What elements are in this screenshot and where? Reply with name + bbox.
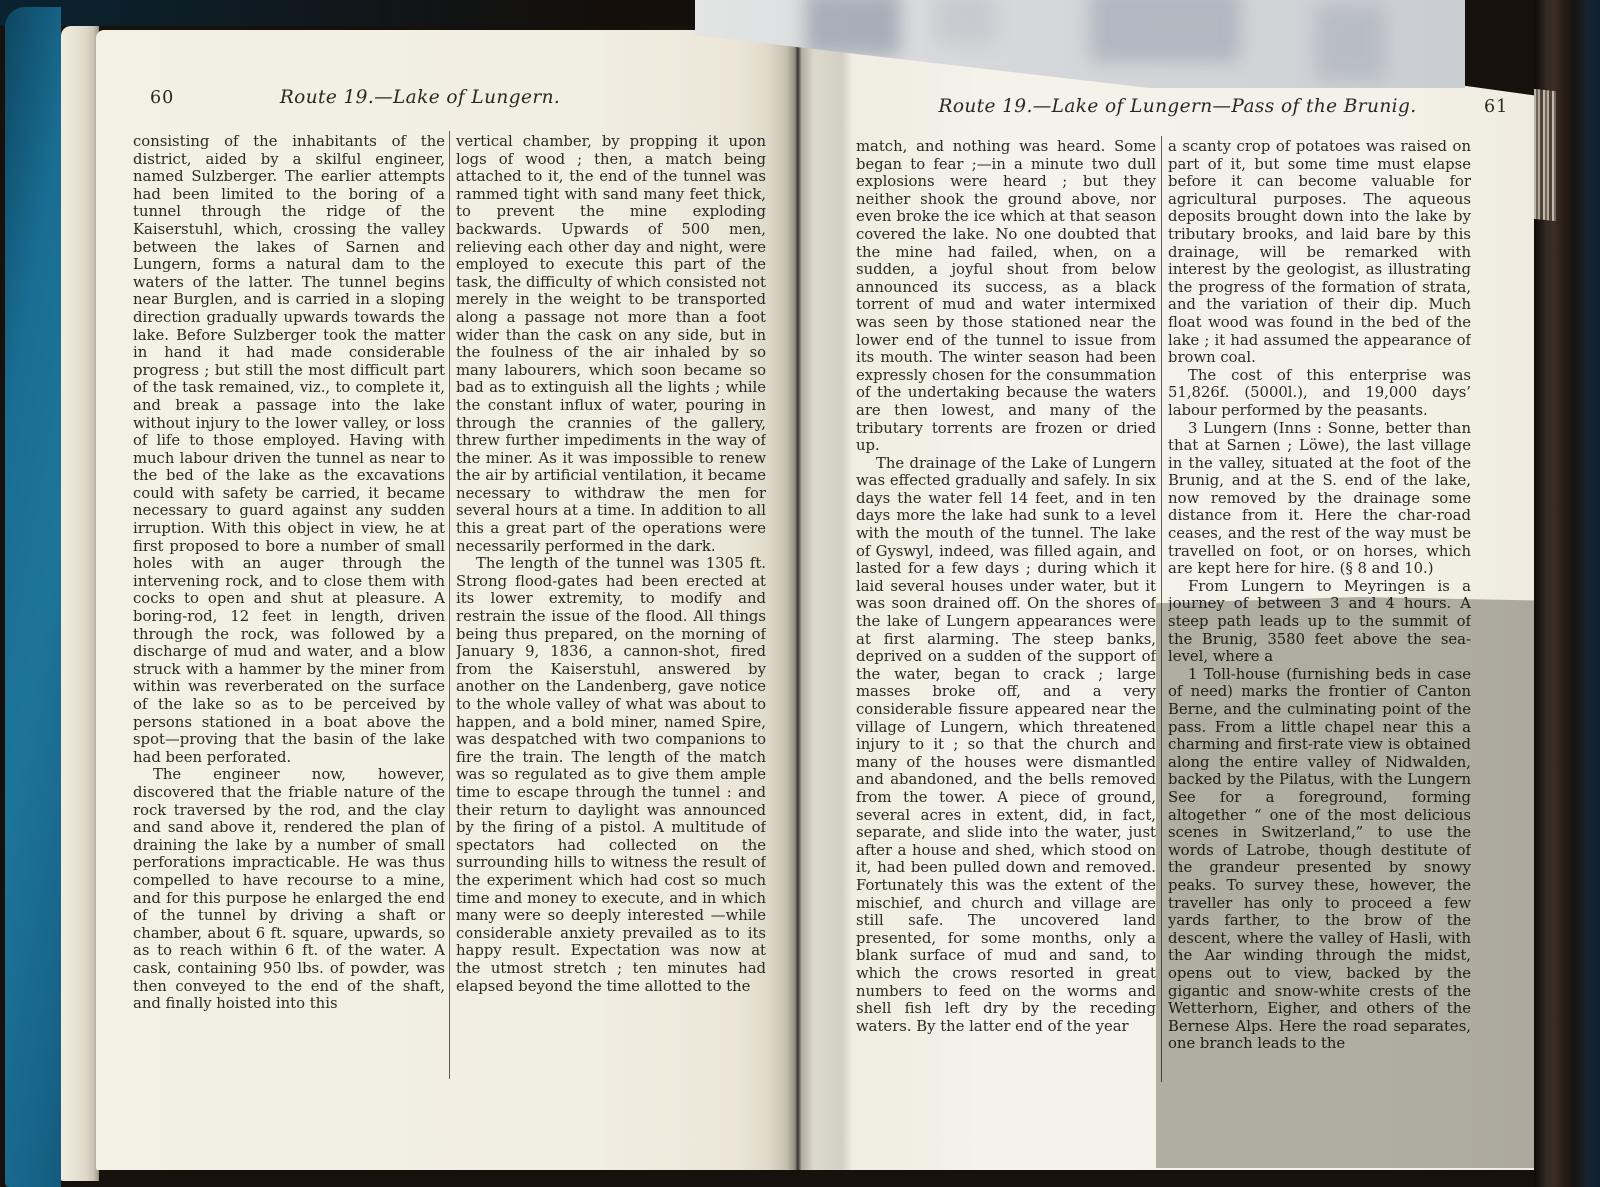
- paragraph: match, and nothing was heard. Some began…: [856, 138, 1156, 455]
- paragraph: vertical chamber, by propping it upon lo…: [456, 133, 766, 555]
- paragraph: From Lungern to Meyringen is a journey o…: [1168, 578, 1471, 666]
- background-blur-shape: [1315, 4, 1385, 80]
- paragraph: The cost of this enterprise was 51,826f.…: [1168, 367, 1471, 420]
- running-header-left: Route 19.—Lake of Lungern.: [220, 87, 620, 108]
- text-column-3: match, and nothing was heard. Some began…: [856, 138, 1156, 1088]
- paragraph: The length of the tunnel was 1305 ft. St…: [456, 555, 766, 995]
- text-column-2: vertical chamber, by propping it upon lo…: [456, 133, 766, 1085]
- book-scan-spread: 60 Route 19.—Lake of Lungern. consisting…: [0, 0, 1600, 1187]
- column-divider-right: [1161, 136, 1162, 1082]
- text-column-1: consisting of the inhabitants of the dis…: [133, 133, 445, 1085]
- column-divider-left: [449, 131, 450, 1079]
- page-fore-edges-left: [61, 26, 99, 1181]
- paragraph: The engineer now, however, discovered th…: [133, 766, 445, 1012]
- paragraph: 1 Toll-house (furnishing beds in case of…: [1168, 666, 1471, 1053]
- text-column-4: a scanty crop of potatoes was raised on …: [1168, 138, 1471, 1088]
- paragraph: a scanty crop of potatoes was raised on …: [1168, 138, 1471, 367]
- page-number-right: 61: [1484, 97, 1508, 117]
- paragraph: consisting of the inhabitants of the dis…: [133, 133, 445, 766]
- background-blur-shape: [805, 0, 900, 56]
- page-number-left: 60: [150, 88, 174, 108]
- background-blur-shape: [1090, 0, 1240, 62]
- page-edge-lines-right: [1534, 89, 1556, 221]
- backdrop-top-strip: [0, 0, 740, 26]
- running-header-right: Route 19.—Lake of Lungern—Pass of the Br…: [905, 96, 1450, 117]
- paragraph: The drainage of the Lake of Lungern was …: [856, 455, 1156, 1036]
- paragraph: 3 Lungern (Inns : Sonne, better than tha…: [1168, 420, 1471, 578]
- book-cover-left: [5, 7, 61, 1187]
- background-blur-shape: [935, 0, 995, 44]
